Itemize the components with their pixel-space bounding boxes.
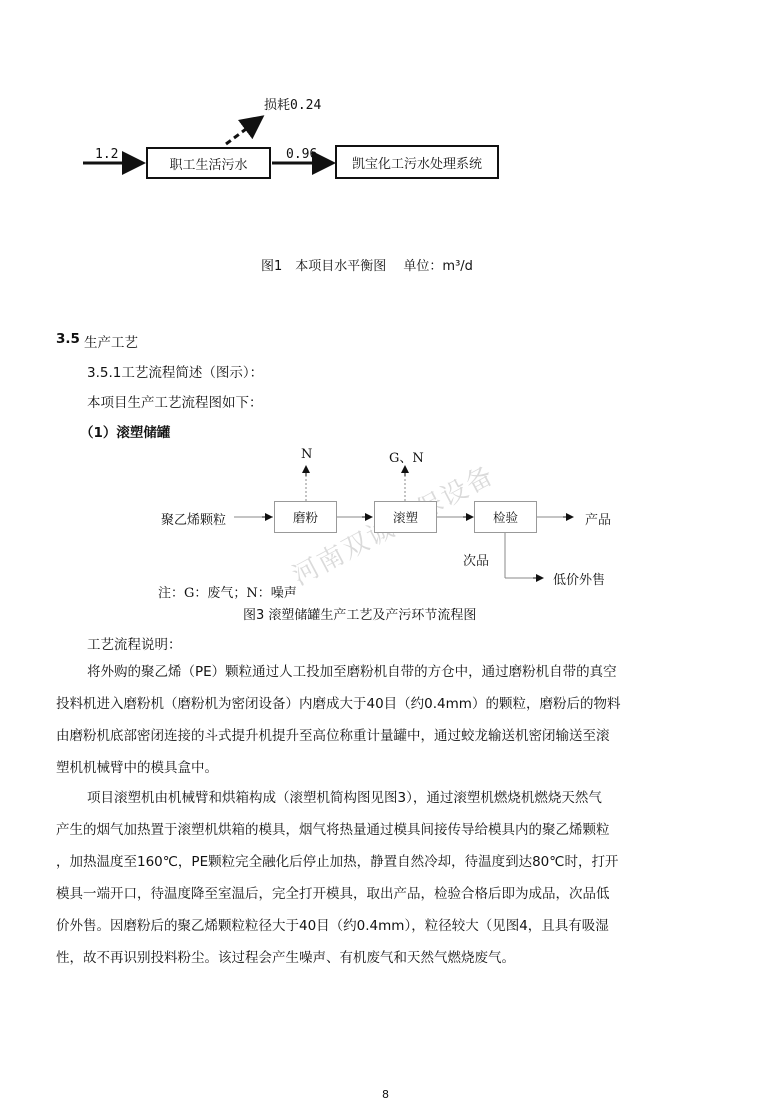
output-product: 产品 (585, 509, 611, 528)
paragraph-1-line: 由磨粉机底部密闭连接的斗式提升机提升至高位称重计量罐中，通过蛟龙输送机密闭输送至… (56, 720, 716, 752)
paragraph-2: 项目滚塑机由机械臂和烘箱构成（滚塑机简构图见图3），通过滚塑机燃烧机燃烧天然气 … (56, 782, 716, 974)
paragraph-1-line: 投料机进入磨粉机（磨粉机为密闭设备）内磨成大于40目（约0.4mm）的颗粒，磨粉… (56, 688, 716, 720)
reject-output: 低价外售 (553, 569, 605, 588)
figure3-caption: 图3 滚塑储罐生产工艺及产污环节流程图 (243, 604, 476, 623)
step-grinding: 磨粉 (274, 501, 337, 533)
process-flow-arrows (0, 0, 771, 640)
paragraph-2-line: 模具一端开口，待温度降至室温后，完全打开模具，取出产品，检验合格后即为成品，次品… (56, 878, 716, 910)
step-rotomolding-label: 滚塑 (393, 508, 418, 526)
paragraph-1-line: 塑机机械臂中的模具盒中。 (56, 752, 716, 784)
step-grinding-label: 磨粉 (293, 508, 318, 526)
paragraph-1-line: 将外购的聚乙烯（PE）颗粒通过人工投加至磨粉机自带的方仓中，通过磨粉机自带的真空 (56, 656, 716, 688)
legend-note: 注：G：废气；N：噪声 (158, 582, 297, 601)
emission-grinding: N (301, 447, 312, 462)
paragraph-2-line: 价外售。因磨粉后的聚乙烯颗粒粒径大于40目（约0.4mm），粒径较大（见图4，且… (56, 910, 716, 942)
step-rotomolding: 滚塑 (374, 501, 437, 533)
paragraph-2-line: 性，故不再识别投料粉尘。该过程会产生噪声、有机废气和天然气燃烧废气。 (56, 942, 716, 974)
paragraph-1: 将外购的聚乙烯（PE）颗粒通过人工投加至磨粉机自带的方仓中，通过磨粉机自带的真空… (56, 656, 716, 784)
paragraph-2-line: ，加热温度至160℃，PE颗粒完全融化后停止加热，静置自然冷却，待温度到达80℃… (56, 846, 716, 878)
step-inspection: 检验 (474, 501, 537, 533)
description-title: 工艺流程说明： (87, 633, 182, 653)
reject-label: 次品 (463, 550, 489, 569)
page-number: 8 (382, 1088, 389, 1099)
paragraph-2-line: 项目滚塑机由机械臂和烘箱构成（滚塑机简构图见图3），通过滚塑机燃烧机燃烧天然气 (56, 782, 716, 814)
paragraph-2-line: 产生的烟气加热置于滚塑机烘箱的模具，烟气将热量通过模具间接传导给模具内的聚乙烯颗… (56, 814, 716, 846)
emission-rotomolding: G、N (389, 447, 424, 466)
step-inspection-label: 检验 (493, 508, 518, 526)
input-material: 聚乙烯颗粒 (161, 509, 226, 528)
